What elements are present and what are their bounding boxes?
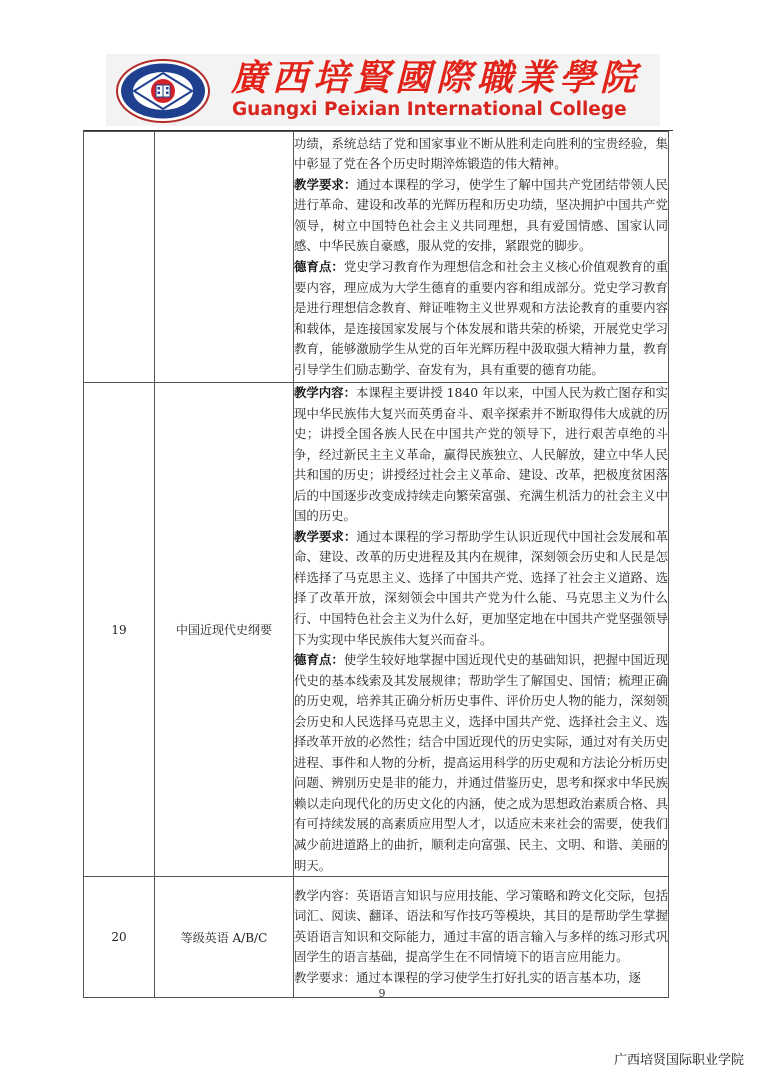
description-paragraph: 教学内容：本课程主要讲授 1840 年以来，中国人民为救亡图存和实现中华民族伟大… <box>294 383 668 527</box>
description-paragraph: 功绩，系统总结了党和国家事业不断从胜利走向胜利的宝贵经验，集中彰显了党在各个历史… <box>294 134 668 175</box>
teaching-requirement-label: 教学要求： <box>294 177 356 192</box>
course-description: 功绩，系统总结了党和国家事业不断从胜利走向胜利的宝贵经验，集中彰显了党在各个历史… <box>294 132 669 383</box>
table-row: 功绩，系统总结了党和国家事业不断从胜利走向胜利的宝贵经验，集中彰显了党在各个历史… <box>84 132 669 383</box>
course-description: 教学内容：本课程主要讲授 1840 年以来，中国人民为救亡图存和实现中华民族伟大… <box>294 383 669 877</box>
table-row: 19 中国近现代史纲要 教学内容：本课程主要讲授 1840 年以来，中国人民为救… <box>84 383 669 877</box>
description-paragraph: 德育点：使学生较好地掌握中国近现代史的基础知识，把握中国近现代史的基本线索及其发… <box>294 650 668 876</box>
teaching-requirement-label: 教学要求： <box>294 529 356 544</box>
teaching-content-label: 教学内容： <box>294 385 356 400</box>
teaching-requirement-label: 教学要求： <box>294 970 356 985</box>
moral-education-label: 德育点： <box>294 259 344 274</box>
page-number: 9 <box>0 987 764 1000</box>
course-number: 20 <box>84 877 155 998</box>
course-number <box>84 132 155 383</box>
description-paragraph: 教学内容：英语语言知识与应用技能、学习策略和跨文化交际，包括词汇、阅读、翻译、语… <box>294 886 668 968</box>
footer-organization: 广西培贤国际职业学院 <box>614 1049 744 1068</box>
course-description: 教学内容：英语语言知识与应用技能、学习策略和跨文化交际，包括词汇、阅读、翻译、语… <box>294 877 669 998</box>
description-paragraph: 教学要求：通过本课程的学习，使学生了解中国共产党团结带领人民进行革命、建设和改革… <box>294 175 668 257</box>
teaching-content-label: 教学内容： <box>294 888 356 903</box>
college-banner: 廣西培賢國際職業學院 Guangxi Peixian International… <box>106 54 660 126</box>
course-name <box>155 132 294 383</box>
moral-education-label: 德育点： <box>294 652 344 667</box>
college-name-english: Guangxi Peixian International College <box>232 98 662 122</box>
description-paragraph: 教学要求：通过本课程的学习使学生打好扎实的语言基本功，逐 <box>294 968 668 989</box>
course-table: 功绩，系统总结了党和国家事业不断从胜利走向胜利的宝贵经验，集中彰显了党在各个历史… <box>83 131 669 998</box>
description-paragraph: 德育点：党史学习教育作为理想信念和社会主义核心价值观教育的重要内容，理应成为大学… <box>294 257 668 380</box>
course-name: 等级英语 A/B/C <box>155 877 294 998</box>
description-paragraph: 教学要求：通过本课程的学习帮助学生认识近现代中国社会发展和革命、建设、改革的历史… <box>294 527 668 650</box>
course-number: 19 <box>84 383 155 877</box>
course-name: 中国近现代史纲要 <box>155 383 294 877</box>
college-emblem-icon <box>114 58 212 124</box>
college-name-chinese: 廣西培賢國際職業學院 <box>231 58 661 98</box>
table-row: 20 等级英语 A/B/C 教学内容：英语语言知识与应用技能、学习策略和跨文化交… <box>84 877 669 998</box>
